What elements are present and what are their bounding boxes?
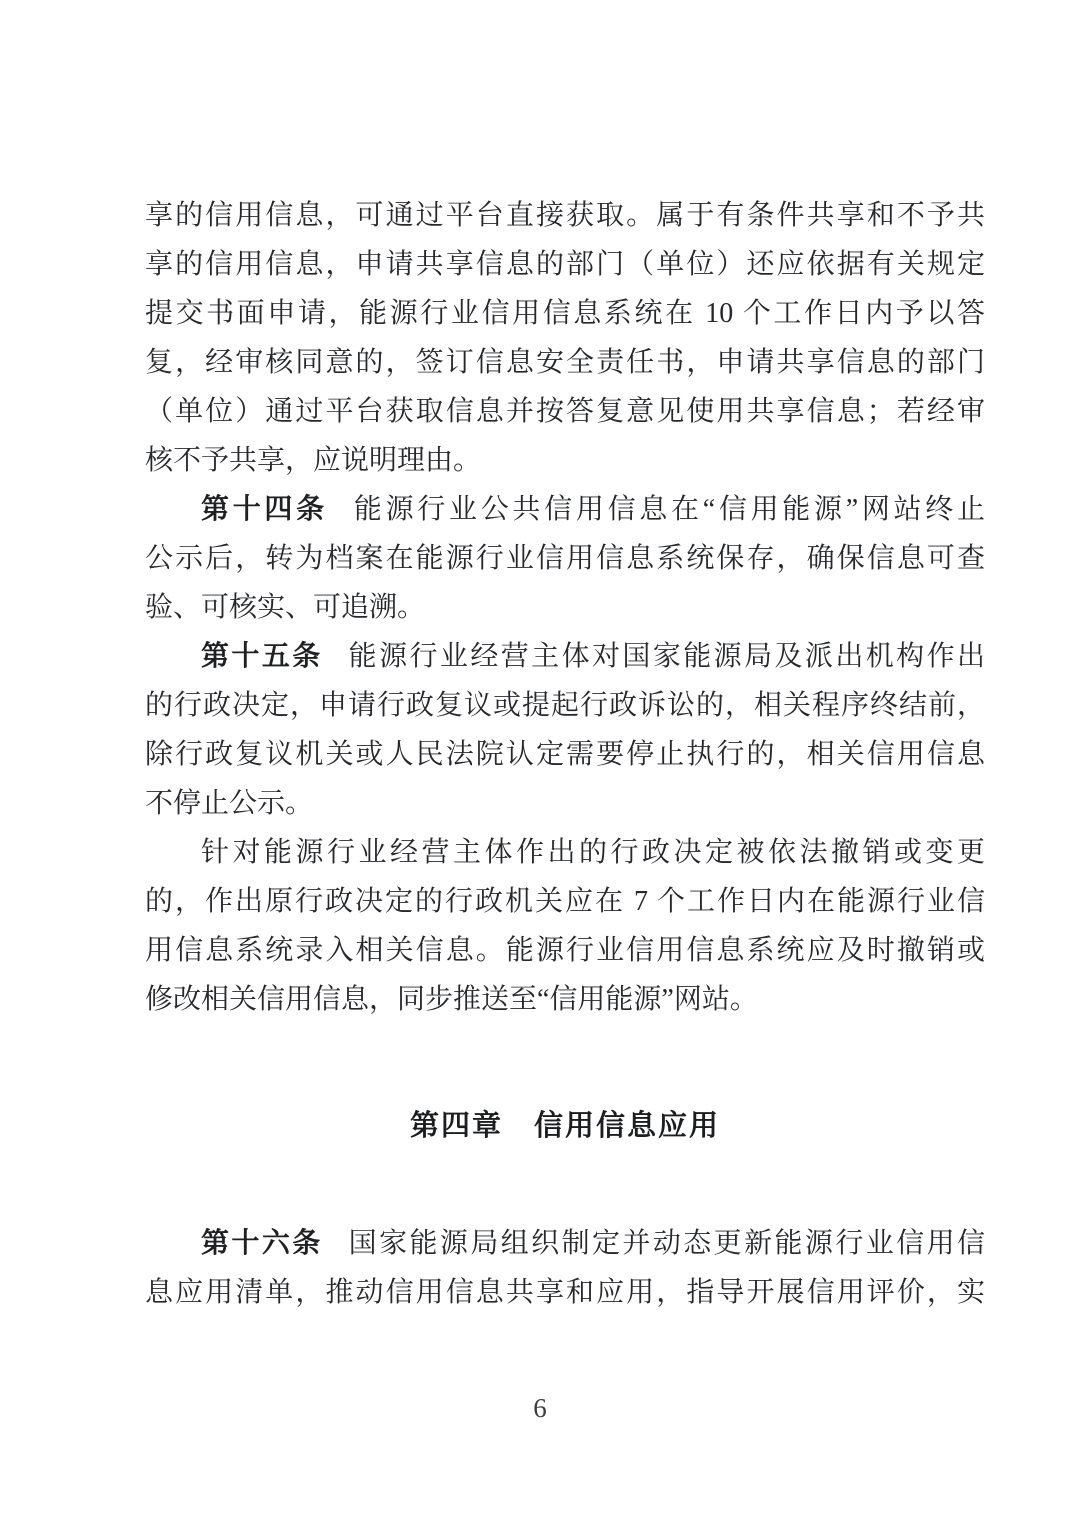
- text-line: 第十四条能源行业公共信用信息在“信用能源”网站终止: [145, 485, 985, 534]
- text-line: 用信息系统录入相关信息。能源行业信用信息系统应及时撤销或: [145, 926, 985, 975]
- text-line: 不停止公示。: [145, 779, 985, 828]
- article-number: 第十四条: [201, 494, 328, 525]
- text-line: 验、可核实、可追溯。: [145, 583, 985, 632]
- text-line: 息应用清单，推动信用信息共享和应用，指导开展信用评价，实: [145, 1268, 985, 1317]
- text-line: 享的信用信息，可通过平台直接获取。属于有条件共享和不予共: [145, 191, 985, 240]
- chapter-heading: 第四章 信用信息应用: [145, 1102, 985, 1151]
- text-line: 第十五条能源行业经营主体对国家能源局及派出机构作出: [145, 632, 985, 681]
- text-line: 提交书面申请，能源行业信用信息系统在 10 个工作日内予以答: [145, 289, 985, 338]
- text-line: 复，经审核同意的，签订信息安全责任书，申请共享信息的部门: [145, 338, 985, 387]
- text-line: 核不予共享，应说明理由。: [145, 436, 985, 485]
- text-line: 享的信用信息，申请共享信息的部门（单位）还应依据有关规定: [145, 240, 985, 289]
- text-line: （单位）通过平台获取信息并按答复意见使用共享信息；若经审: [145, 387, 985, 436]
- article-number: 第十五条: [201, 641, 323, 672]
- article-number: 第十六条: [201, 1228, 323, 1259]
- text-line: 修改相关信用信息，同步推送至“信用能源”网站。: [145, 975, 985, 1024]
- text-line: 除行政复议机关或人民法院认定需要停止执行的，相关信用信息: [145, 730, 985, 779]
- text-line: 针对能源行业经营主体作出的行政决定被依法撤销或变更: [145, 828, 985, 877]
- text-line: 的，作出原行政决定的行政机关应在 7 个工作日内在能源行业信: [145, 877, 985, 926]
- text-column: 享的信用信息，可通过平台直接获取。属于有条件共享和不予共享的信用信息，申请共享信…: [145, 191, 985, 1317]
- document-page: 享的信用信息，可通过平台直接获取。属于有条件共享和不予共享的信用信息，申请共享信…: [0, 0, 1080, 1527]
- text-line: 的行政决定，申请行政复议或提起行政诉讼的，相关程序终结前，: [145, 681, 985, 730]
- text-line: 第十六条国家能源局组织制定并动态更新能源行业信用信: [145, 1219, 985, 1268]
- text-line: 公示后，转为档案在能源行业信用信息系统保存，确保信息可查: [145, 534, 985, 583]
- page-number: 6: [0, 1390, 1080, 1426]
